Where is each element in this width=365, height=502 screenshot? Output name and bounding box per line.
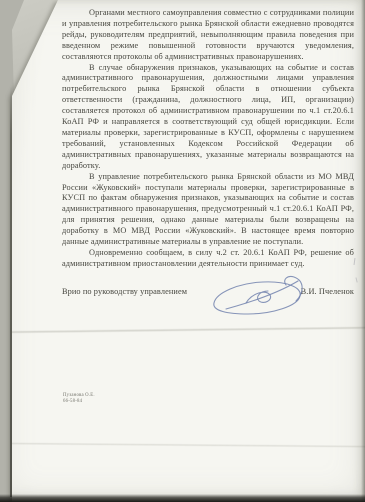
handwritten-signature-icon <box>208 267 308 323</box>
executor-note: Пузанова О.Е. 66-58-84 <box>63 393 95 405</box>
paper-crease <box>0 441 365 448</box>
paper-sheet: Органами местного самоуправления совмест… <box>0 0 365 502</box>
scanned-letter-page: Органами местного самоуправления совмест… <box>0 0 365 502</box>
letter-paragraph: В случае обнаружения признаков, указываю… <box>62 63 354 172</box>
letter-paragraph: Органами местного самоуправления совмест… <box>62 8 354 63</box>
executor-phone: 66-58-84 <box>63 399 95 405</box>
paper-crease <box>0 326 365 334</box>
letter-body: Органами местного самоуправления совмест… <box>62 8 354 298</box>
scan-edge-left <box>10 86 12 497</box>
signer-position: Врио по руководству управлением <box>62 287 187 298</box>
signature-block: Врио по руководству управлением В.И. Пче… <box>62 287 354 298</box>
scan-edge-right <box>361 0 365 502</box>
signer-name: В.И. Пчеленок <box>301 287 354 298</box>
letter-paragraph: В управление потребительского рынка Брян… <box>62 172 354 248</box>
paper-wrap: Органами местного самоуправления совмест… <box>0 0 365 502</box>
scan-edge-bottom <box>0 494 365 502</box>
